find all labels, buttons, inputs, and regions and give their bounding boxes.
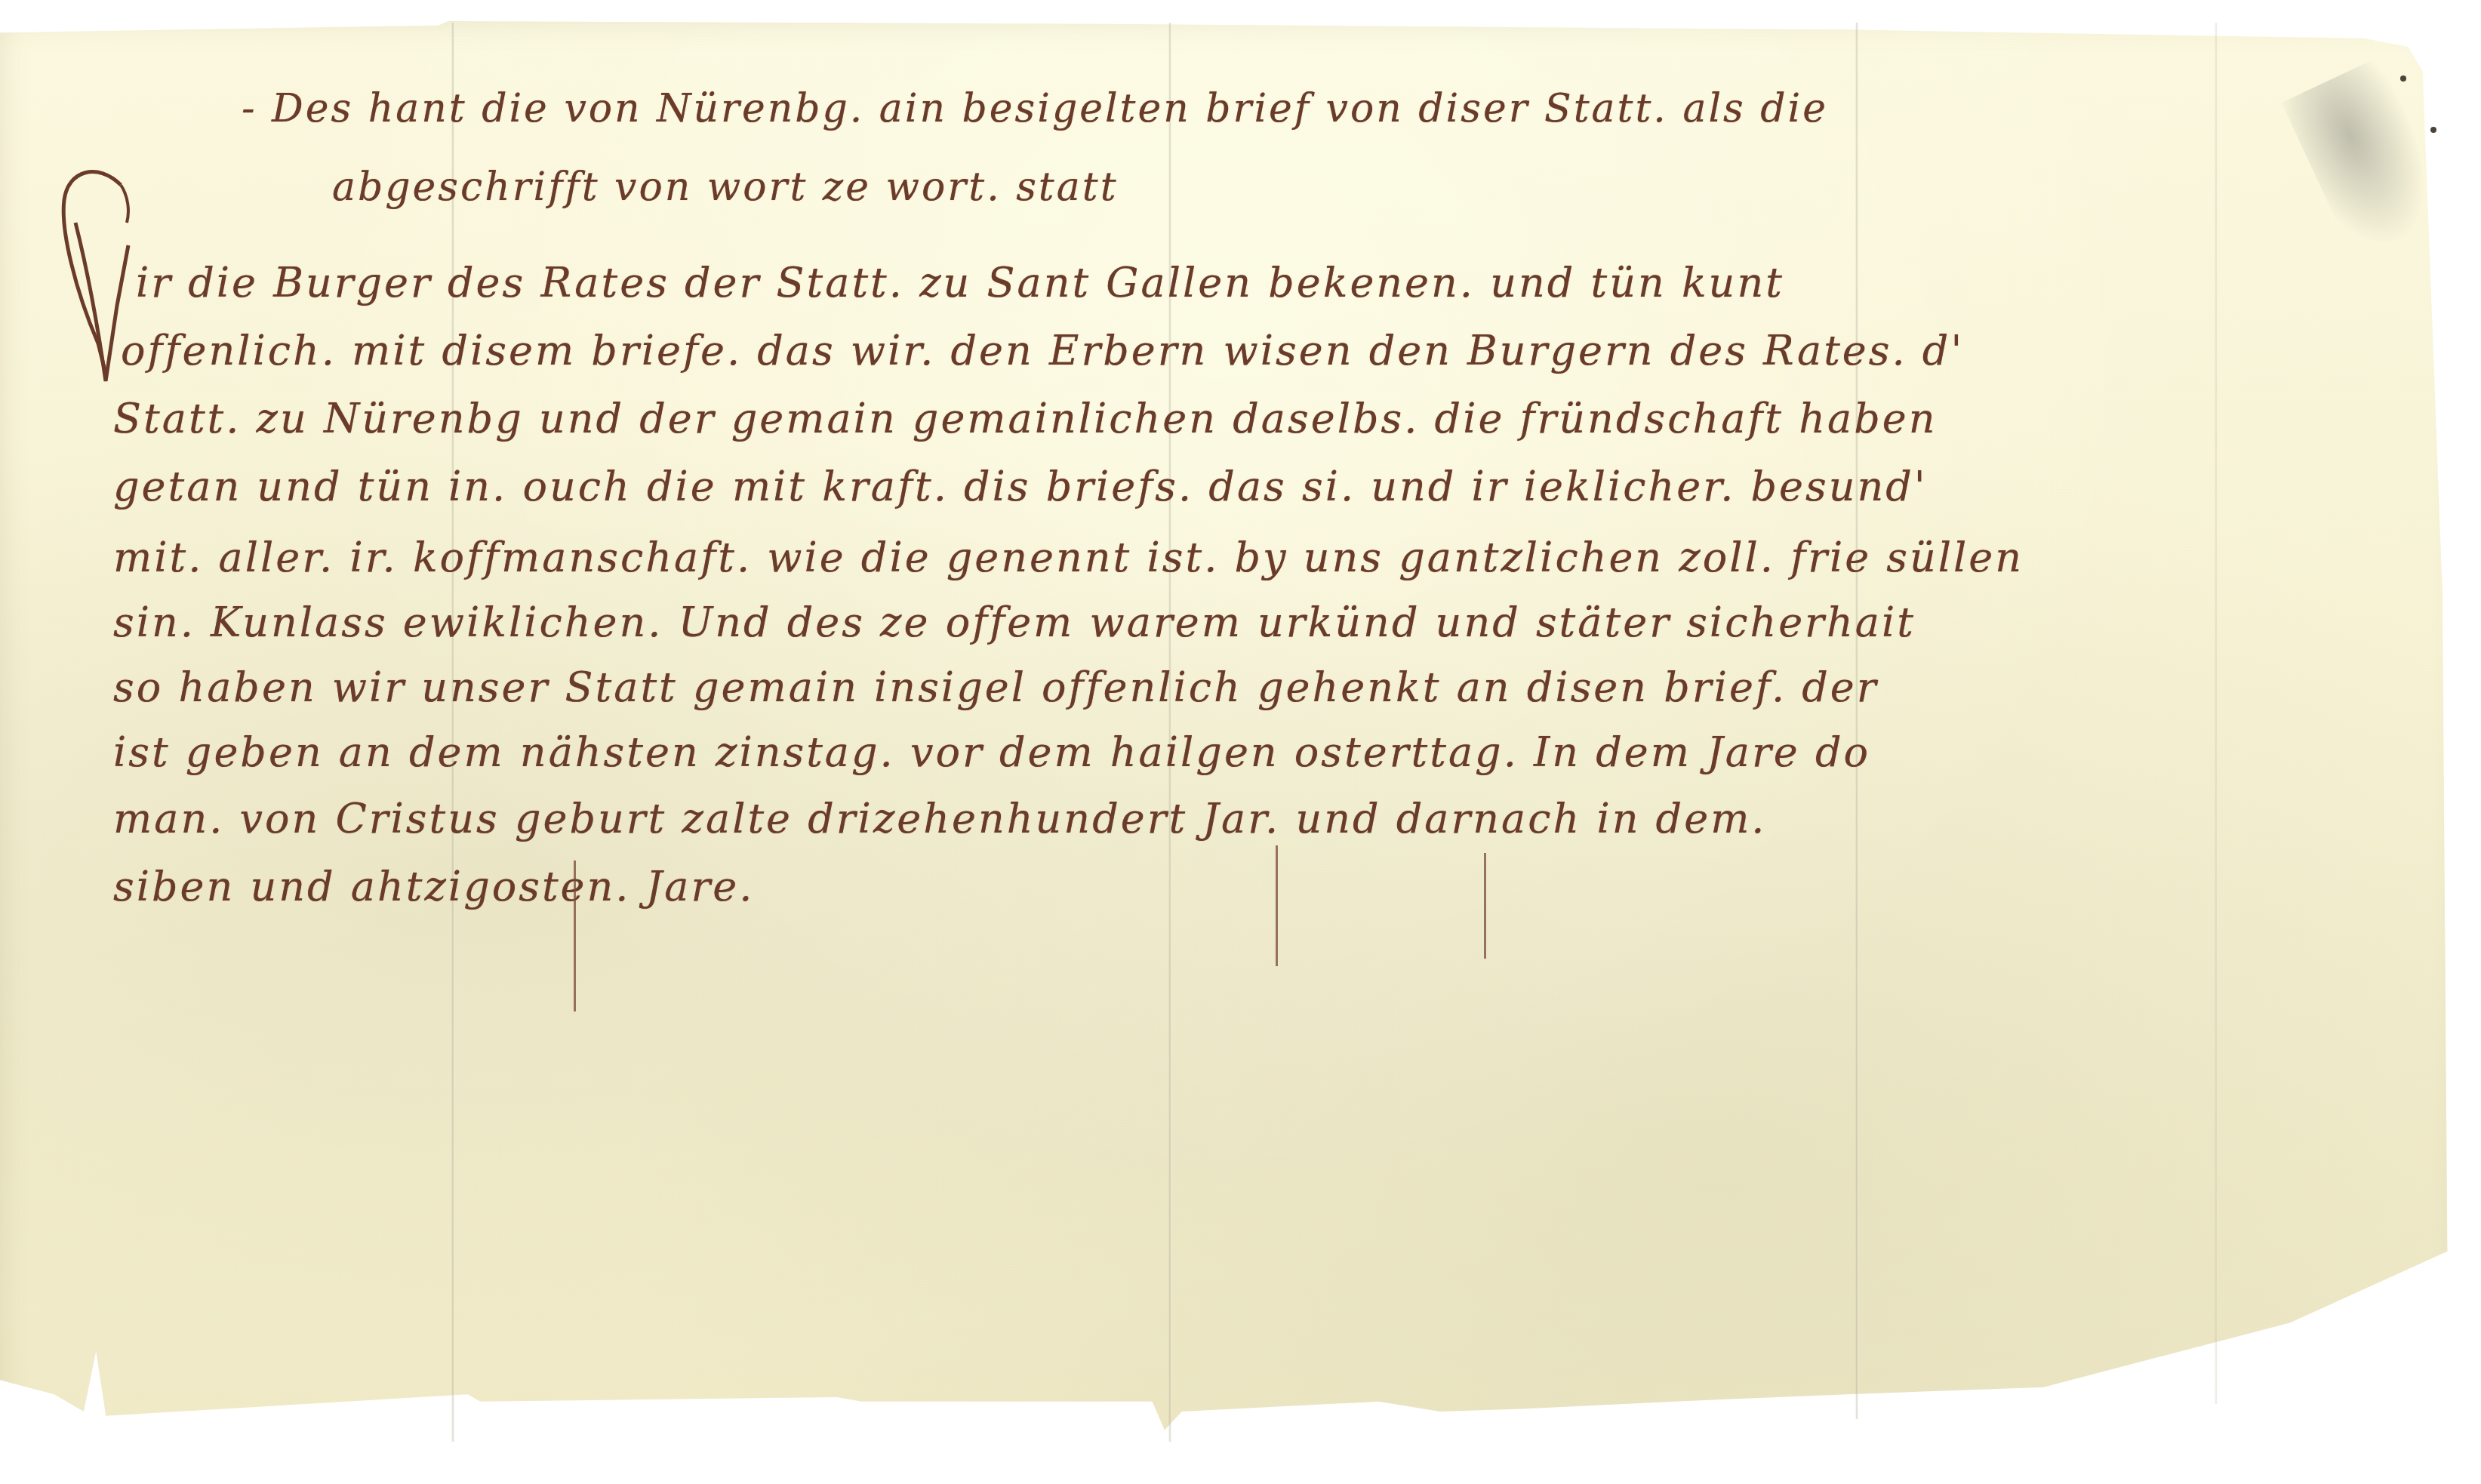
document-scan: - Des hant die von Nürenbg. ain besigelt… (0, 0, 2481, 1484)
body-line-8: ist geben an dem nähsten zinstag. vor de… (113, 732, 1870, 773)
body-line-9: man. von Cristus geburt zalte drizehenhu… (113, 799, 1767, 839)
body-line-3: Statt. zu Nürenbg und der gemain gemainl… (113, 399, 1938, 439)
heading-line-1: - Des hant die von Nürenbg. ain besigelt… (242, 89, 1828, 128)
body-line-2: offenlich. mit disem briefe. das wir. de… (121, 331, 1964, 371)
pen-descender (1484, 853, 1486, 959)
body-line-7: so haben wir unser Statt gemain insigel … (113, 667, 1879, 708)
body-line-5: mit. aller. ir. koffmanschaft. wie die g… (113, 537, 2024, 578)
handwritten-text: - Des hant die von Nürenbg. ain besigelt… (0, 0, 2481, 1484)
body-line-4: getan und tün in. ouch die mit kraft. di… (113, 466, 1928, 507)
body-line-6: sin. Kunlass ewiklichen. Und des ze offe… (113, 602, 1916, 643)
body-line-10: siben und ahtzigosten. Jare. (113, 867, 754, 907)
pen-descender (1276, 845, 1278, 966)
heading-line-2: abgeschrifft von wort ze wort. statt (332, 168, 1119, 207)
pen-descender (574, 861, 576, 1011)
body-line-1: ir die Burger des Rates der Statt. zu Sa… (136, 263, 1784, 303)
